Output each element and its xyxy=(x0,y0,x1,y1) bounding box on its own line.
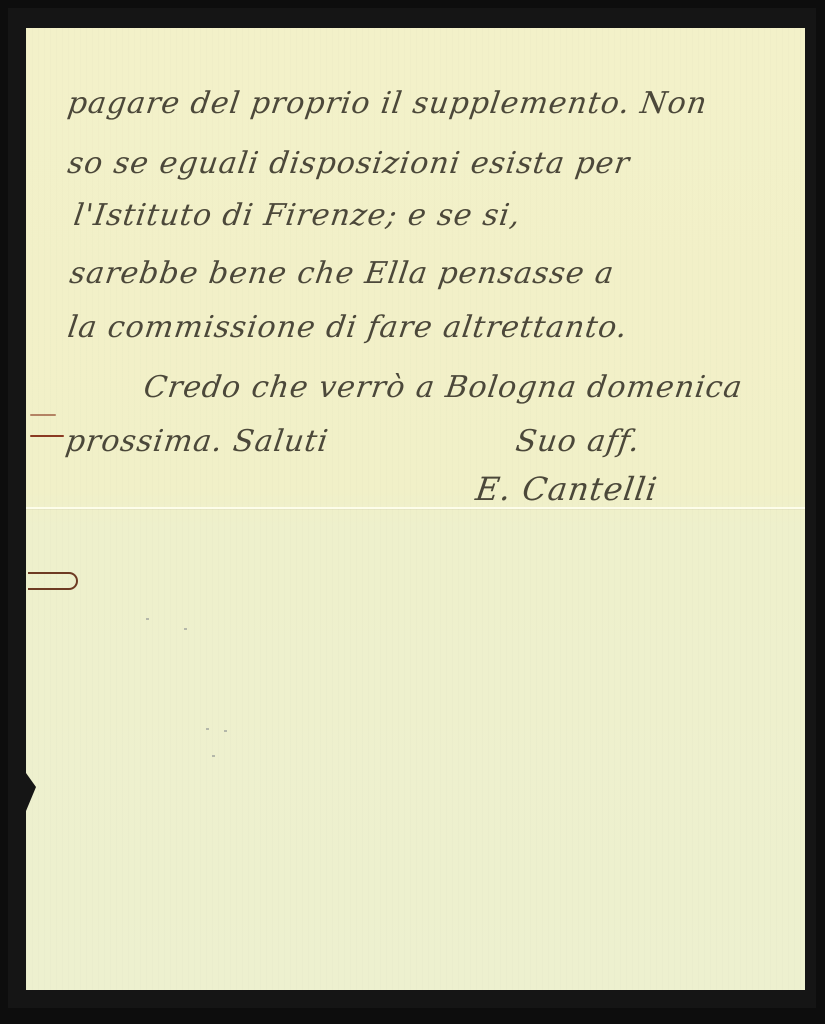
closing-phrase: Suo aff. xyxy=(514,424,643,459)
margin-hook-mark xyxy=(28,572,78,590)
signature: E. Cantelli xyxy=(473,470,660,508)
torn-edge-notch xyxy=(26,773,36,811)
margin-mark-lower xyxy=(30,435,64,437)
text-line-5: la commissione di fare altrettanto. xyxy=(66,310,630,345)
letter-page: pagare del proprio il supplemento. Non s… xyxy=(26,28,805,990)
text-line-3: l'Istituto di Firenze; e se si, xyxy=(72,198,524,233)
text-line-7: prossima. Saluti xyxy=(64,424,331,459)
paper-speck xyxy=(184,628,187,630)
text-line-1: pagare del proprio il supplemento. Non xyxy=(66,86,710,121)
paper-speck xyxy=(146,618,149,620)
text-line-2: so se eguali disposizioni esista per xyxy=(66,146,633,181)
margin-mark-upper xyxy=(30,414,56,416)
fold-crease xyxy=(26,507,805,509)
text-line-6: Credo che verrò a Bologna domenica xyxy=(142,370,745,405)
paper-speck xyxy=(206,728,209,730)
text-line-4: sarebbe bene che Ella pensasse a xyxy=(68,256,617,291)
paper-speck xyxy=(212,755,215,757)
paper-speck xyxy=(224,730,227,732)
